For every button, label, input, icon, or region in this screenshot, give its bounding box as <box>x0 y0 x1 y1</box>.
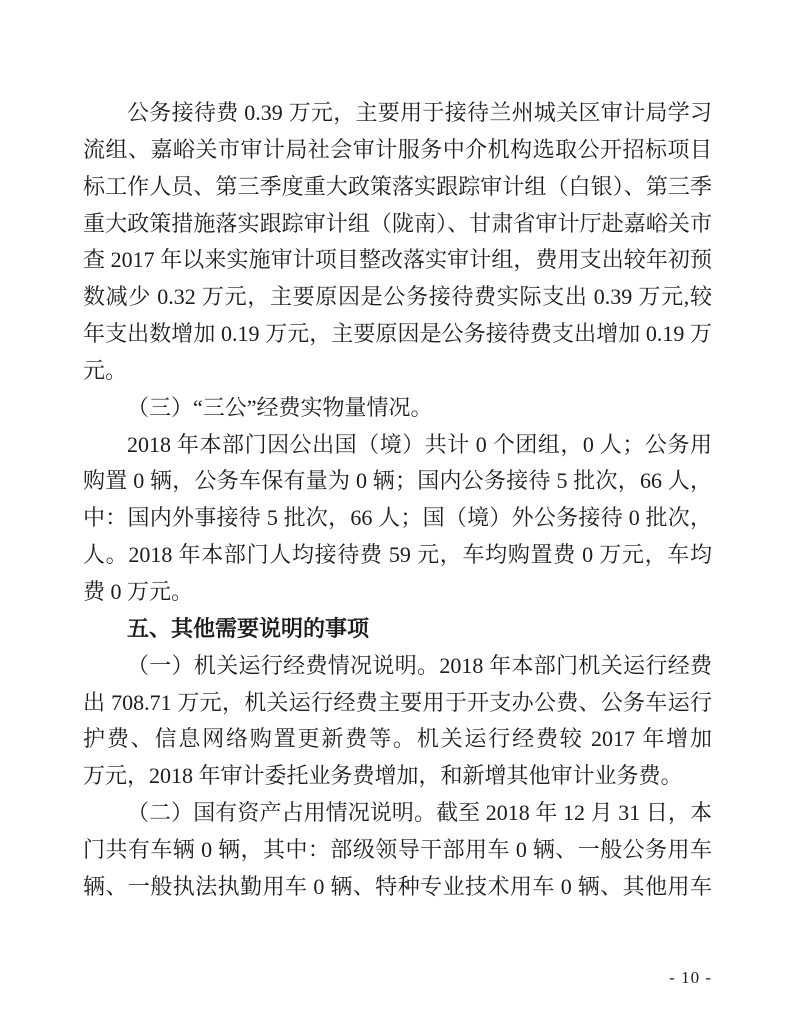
text-line: （三）“三公”经费实物量情况。 <box>83 390 712 427</box>
text-line: 公务接待费 0.39 万元，主要用于接待兰州城关区审计局学习交 <box>83 95 712 132</box>
text-line: 护费、信息网络购置更新费等。机关运行经费较 2017 年增加 421.68 <box>83 721 712 758</box>
text-line: 购置 0 辆，公务车保有量为 0 辆；国内公务接待 5 批次，66 人，其 <box>83 463 712 500</box>
text-block: 公务接待费 0.39 万元，主要用于接待兰州城关区审计局学习交流组、嘉峪关市审计… <box>83 95 712 906</box>
text-line: 万元，2018 年审计委托业务费增加，和新增其他审计业务费。 <box>83 758 712 795</box>
text-line: 中：国内外事接待 5 批次，66 人；国（境）外公务接待 0 批次，0 <box>83 500 712 537</box>
text-line: 人。2018 年本部门人均接待费 59 元，车均购置费 0 万元，车均维护 <box>83 537 712 574</box>
text-line: 门共有车辆 0 辆，其中：部级领导干部用车 0 辆、一般公务用车 0 <box>83 832 712 869</box>
text-line: 数减少 0.32 万元，主要原因是公务接待费实际支出 0.39 万元,较上 <box>83 279 712 316</box>
text-line: 元。 <box>83 353 712 390</box>
text-line: 流组、嘉峪关市审计局社会审计服务中介机构选取公开招标项目开 <box>83 132 712 169</box>
text-line: 辆、一般执法执勤用车 0 辆、特种专业技术用车 0 辆、其他用车 0。 <box>83 869 712 906</box>
text-line: （二）国有资产占用情况说明。截至 2018 年 12 月 31 日，本部 <box>83 795 712 832</box>
text-line: 重大政策措施落实跟踪审计组（陇南）、甘肃省审计厅赴嘉峪关市督 <box>83 206 712 243</box>
paragraph-official-reception-expense: 公务接待费 0.39 万元，主要用于接待兰州城关区审计局学习交流组、嘉峪关市审计… <box>83 95 712 390</box>
document-page: 公务接待费 0.39 万元，主要用于接待兰州城关区审计局学习交流组、嘉峪关市审计… <box>0 0 800 1035</box>
text-line: 出 708.71 万元，机关运行经费主要用于开支办公费、公务车运行维 <box>83 685 712 722</box>
paragraph-state-asset-occupancy-note: （二）国有资产占用情况说明。截至 2018 年 12 月 31 日，本部门共有车… <box>83 795 712 906</box>
paragraph-three-public-physical-quantity-title: （三）“三公”经费实物量情况。 <box>83 390 712 427</box>
text-line: 年支出数增加 0.19 万元，主要原因是公务接待费支出增加 0.19 万 <box>83 316 712 353</box>
text-line: 费 0 万元。 <box>83 574 712 611</box>
paragraph-operating-expense-note: （一）机关运行经费情况说明。2018 年本部门机关运行经费支出 708.71 万… <box>83 648 712 795</box>
text-line: 五、其他需要说明的事项 <box>83 611 712 648</box>
text-line: （一）机关运行经费情况说明。2018 年本部门机关运行经费支 <box>83 648 712 685</box>
paragraph-three-public-physical-quantity-detail: 2018 年本部门因公出国（境）共计 0 个团组，0 人；公务用车购置 0 辆，… <box>83 427 712 611</box>
text-line: 2018 年本部门因公出国（境）共计 0 个团组，0 人；公务用车 <box>83 427 712 464</box>
text-line: 查 2017 年以来实施审计项目整改落实审计组，费用支出较年初预算 <box>83 242 712 279</box>
paragraph-other-matters-heading: 五、其他需要说明的事项 <box>83 611 712 648</box>
text-line: 标工作人员、第三季度重大政策落实跟踪审计组（白银）、第三季度 <box>83 169 712 206</box>
page-number: - 10 - <box>83 968 712 988</box>
